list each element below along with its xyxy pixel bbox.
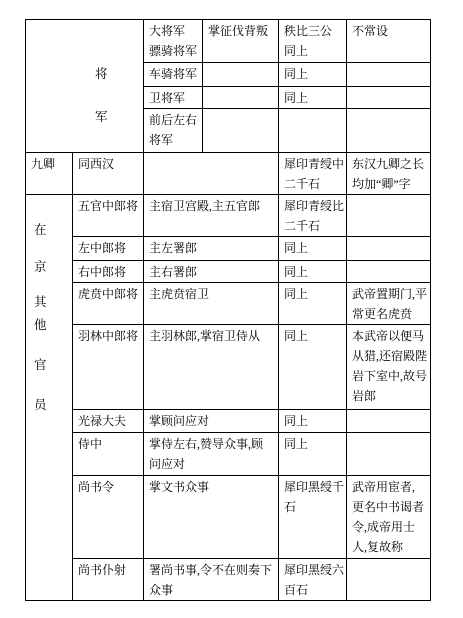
cell-note: 本武帝以便马 从猎,还宿殿陛 岩下室中,故号 岩郎	[347, 325, 431, 410]
cell-duty: 掌侍左右,赞导众事,顾 问应对	[144, 433, 279, 476]
cell-title: 五官中郎将	[73, 195, 144, 237]
group-label-char: 京	[34, 260, 47, 274]
cell-duty: 主右署郎	[144, 261, 279, 283]
cell-duty: 署尚书事,令不在则奏下 众事	[144, 559, 279, 601]
cell-duty: 主羽林郎,掌宿卫侍从	[144, 325, 279, 410]
cell-note	[347, 195, 431, 237]
table-row: 将 军 大将军 骠骑将军 掌征伐背叛 秩比三公 同上 不常设	[26, 20, 431, 63]
cell-title: 尚书令	[73, 476, 144, 559]
cell-title: 前后左右 将军	[144, 109, 203, 153]
cell-note	[347, 410, 431, 433]
cell-rank: 同上	[279, 237, 347, 261]
table-row: 右中郎将 主右署郎 同上	[26, 261, 431, 283]
cell-duty: 主左署郎	[144, 237, 279, 261]
cell-duty: 主宿卫宫殿,主五官郎	[144, 195, 279, 237]
cell-note: 武帝置期门,平 常更名虎贲	[347, 283, 431, 325]
cell-rank: 同上	[279, 87, 347, 109]
han-officials-table: 将 军 大将军 骠骑将军 掌征伐背叛 秩比三公 同上 不常设 车骑将军 同上 卫…	[25, 19, 431, 601]
cell-note: 东汉九卿之长 均加“卿”字	[347, 153, 431, 195]
cell-duty	[203, 109, 279, 153]
cell-rank: 犀印青绶中 二千石	[279, 153, 347, 195]
cell-note	[347, 433, 431, 476]
group-label-generals: 将 军	[26, 20, 144, 153]
cell-duty: 主虎贲宿卫	[144, 283, 279, 325]
cell-rank	[279, 109, 347, 153]
table-row: 尚书令 掌文书众事 犀印黑绶千 石 武帝用宦者, 更名中书谒者 令,成帝用士 人…	[26, 476, 431, 559]
cell-title: 卫将军	[144, 87, 203, 109]
cell-duty: 掌征伐背叛	[203, 20, 279, 63]
cell-rank: 同上	[279, 261, 347, 283]
cell-rank: 犀印青绶比 二千石	[279, 195, 347, 237]
table-row: 在 京 其 他 官 员 五官中郎将 主宿卫宫殿,主五官郎 犀印青绶比 二千石	[26, 195, 431, 237]
cell-title: 虎贲中郎将	[73, 283, 144, 325]
cell-rank: 同上	[279, 410, 347, 433]
table-row: 尚书仆射 署尚书事,令不在则奏下 众事 犀印黑绶六 百石	[26, 559, 431, 601]
cell-note: 不常设	[347, 20, 431, 63]
cell-rank: 犀印黑绶千 石	[279, 476, 347, 559]
cell-rank: 同上	[279, 433, 347, 476]
cell-rank: 秩比三公 同上	[279, 20, 347, 63]
cell-rank: 同上	[279, 283, 347, 325]
cell-title: 羽林中郎将	[73, 325, 144, 410]
cell-duty	[144, 153, 279, 195]
group-label-char: 军	[95, 110, 108, 124]
table-row: 九卿 同西汉 犀印青绶中 二千石 东汉九卿之长 均加“卿”字	[26, 153, 431, 195]
table-row: 羽林中郎将 主羽林郎,掌宿卫侍从 同上 本武帝以便马 从猎,还宿殿陛 岩下室中,…	[26, 325, 431, 410]
group-label-nine-ministers: 九卿	[26, 153, 73, 195]
cell-note	[347, 261, 431, 283]
cell-title: 大将军 骠骑将军	[144, 20, 203, 63]
cell-note	[347, 237, 431, 261]
cell-title: 尚书仆射	[73, 559, 144, 601]
cell-title: 左中郎将	[73, 237, 144, 261]
cell-rank: 同上	[279, 325, 347, 410]
group-label-char: 他	[34, 318, 47, 332]
cell-rank: 犀印黑绶六 百石	[279, 559, 347, 601]
cell-note	[347, 63, 431, 87]
document-page: 将 军 大将军 骠骑将军 掌征伐背叛 秩比三公 同上 不常设 车骑将军 同上 卫…	[0, 0, 463, 618]
cell-duty	[203, 87, 279, 109]
cell-title: 侍中	[73, 433, 144, 476]
cell-title: 车骑将军	[144, 63, 203, 87]
cell-title: 光禄大夫	[73, 410, 144, 433]
table-row: 左中郎将 主左署郎 同上	[26, 237, 431, 261]
group-label-char: 在	[34, 223, 47, 237]
cell-duty: 掌文书众事	[144, 476, 279, 559]
cell-note	[347, 559, 431, 601]
cell-duty	[203, 63, 279, 87]
cell-note	[347, 109, 431, 153]
group-label-char: 将	[95, 67, 108, 81]
cell-title: 同西汉	[73, 153, 144, 195]
cell-duty: 掌顾问应对	[144, 410, 279, 433]
cell-note	[347, 87, 431, 109]
table-row: 侍中 掌侍左右,赞导众事,顾 问应对 同上	[26, 433, 431, 476]
group-label-char: 官	[34, 358, 47, 372]
cell-note: 武帝用宦者, 更名中书谒者 令,成帝用士 人,复故称	[347, 476, 431, 559]
cell-rank: 同上	[279, 63, 347, 87]
group-label-char: 其	[34, 295, 47, 309]
group-label-char: 员	[34, 398, 47, 412]
group-label-other-capital-officials: 在 京 其 他 官 员	[26, 195, 73, 601]
table-row: 虎贲中郎将 主虎贲宿卫 同上 武帝置期门,平 常更名虎贲	[26, 283, 431, 325]
table-row: 光禄大夫 掌顾问应对 同上	[26, 410, 431, 433]
cell-title: 右中郎将	[73, 261, 144, 283]
